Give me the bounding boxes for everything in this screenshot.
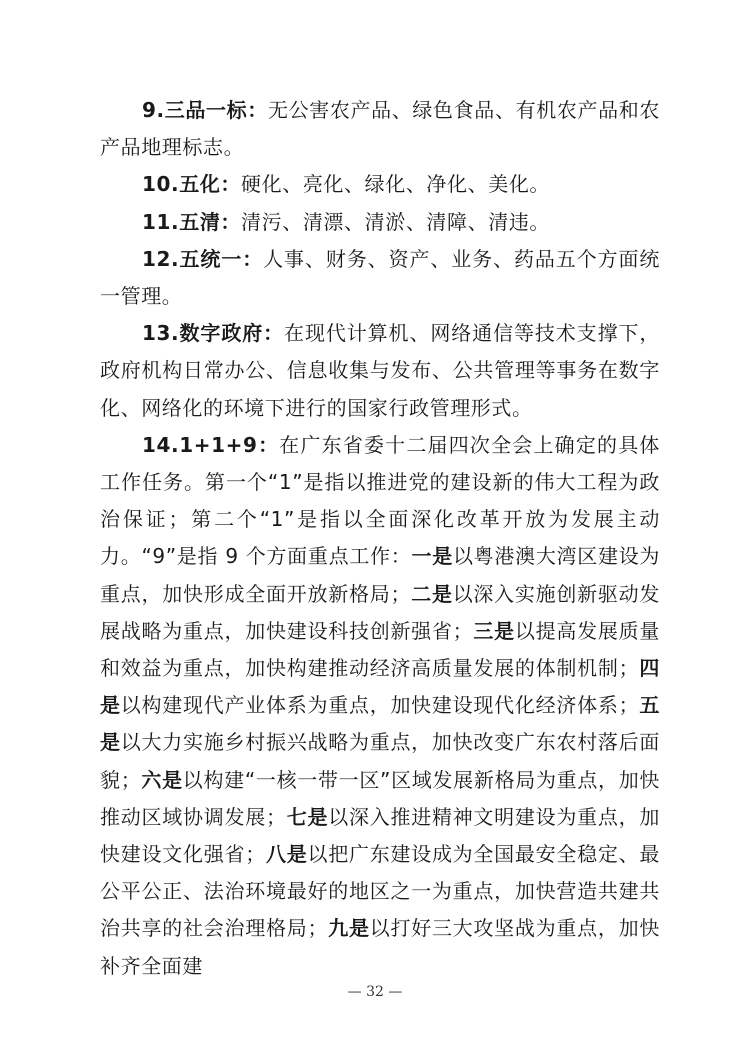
term-label: 9.三品一标： — [142, 98, 268, 122]
term-body: 清污、清漂、清淤、清障、清违。 — [241, 210, 550, 234]
term-label: 11.五清： — [142, 210, 241, 234]
item-label: 八是 — [266, 842, 308, 866]
term-label: 10.五化： — [142, 172, 241, 196]
term-body: 硬化、亮化、绿化、净化、美化。 — [241, 172, 550, 196]
document-page: 9.三品一标：无公害农产品、绿色食品、有机农产品和农产品地理标志。 10.五化：… — [100, 92, 660, 985]
item-label: 七是 — [287, 805, 329, 829]
term-label: 12.五统一： — [142, 247, 263, 271]
item-label: 一是 — [411, 544, 452, 568]
term-label: 13.数字政府： — [142, 321, 284, 345]
term-label: 14.1+1+9： — [142, 433, 279, 457]
definition-item-13: 13.数字政府：在现代计算机、网络通信等技术支撑下，政府机构日常办公、信息收集与… — [100, 315, 660, 427]
page-number: — 32 — — [0, 984, 750, 1000]
item-label: 三是 — [473, 619, 515, 643]
item-label: 九是 — [328, 916, 370, 940]
item-label: 二是 — [411, 582, 453, 606]
definition-item-12: 12.五统一：人事、财务、资产、业务、药品五个方面统一管理。 — [100, 241, 660, 315]
definition-item-11: 11.五清：清污、清漂、清淤、清障、清违。 — [100, 204, 660, 241]
definition-item-9: 9.三品一标：无公害农产品、绿色食品、有机农产品和农产品地理标志。 — [100, 92, 660, 166]
item-label: 六是 — [141, 768, 182, 792]
definition-item-10: 10.五化：硬化、亮化、绿化、净化、美化。 — [100, 166, 660, 203]
item-text: 以构建现代产业体系为重点，加快建设现代化经济体系； — [121, 693, 640, 717]
definition-item-14: 14.1+1+9：在广东省委十二届四次全会上确定的具体工作任务。第一个“1”是指… — [100, 427, 660, 985]
